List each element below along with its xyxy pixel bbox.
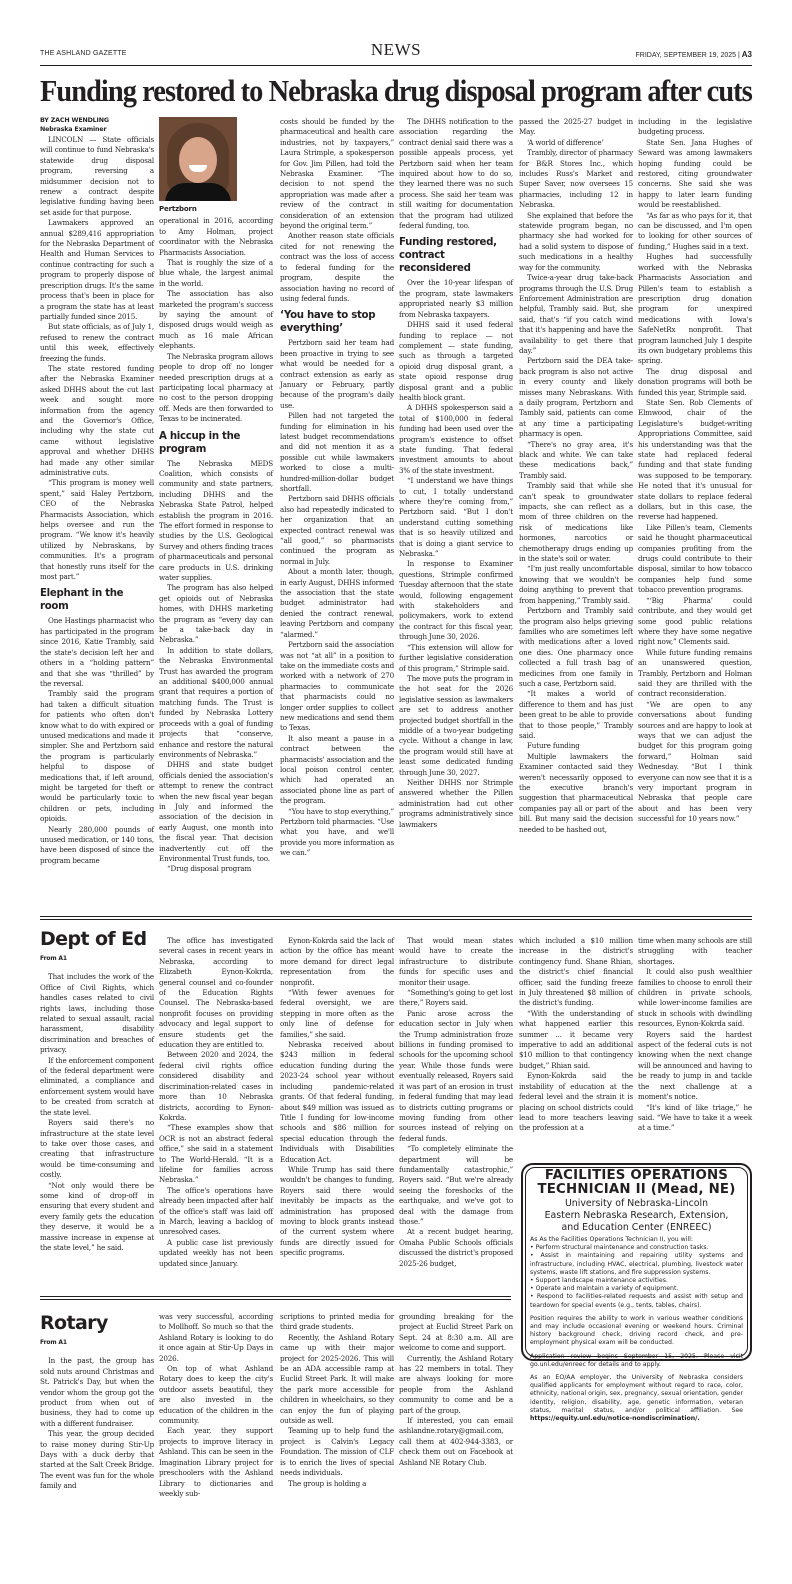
paragraph: The drug disposal and donation programs … <box>638 367 752 398</box>
paragraph: But state officials, as of July 1, refus… <box>40 322 154 364</box>
paragraph: “Something's going to get lost there,” R… <box>399 988 513 1009</box>
paragraph: scriptions to printed media for third gr… <box>280 1312 394 1333</box>
paragraph: That includes the work of the Office of … <box>40 972 154 1055</box>
inline-subhead: Future funding <box>519 741 633 751</box>
paragraph: Royers said there's no infrastructure at… <box>40 1118 154 1180</box>
paragraph: “It's kind of like triage,” he said. “We… <box>638 1103 752 1134</box>
paragraph: Recently, the Ashland Rotary came up wit… <box>280 1333 394 1427</box>
paragraph: Twice-a-year drug take-back programs thr… <box>519 273 633 356</box>
paragraph: Pertzborn said the DEA take-back program… <box>519 356 633 439</box>
paragraph: “As far as who pays for it, that can be … <box>638 211 752 253</box>
page-number: A3 <box>742 50 752 59</box>
paragraph: “There's no gray area, it's black and wh… <box>519 440 633 482</box>
paragraph: This year, the group decided to raise mo… <box>40 1429 154 1491</box>
paragraph: Trambly said the program had taken a dif… <box>40 689 154 824</box>
paragraph: grounding breaking for the project at Eu… <box>399 1312 513 1354</box>
paragraph: Nearly 280,000 pounds of unused medicati… <box>40 825 154 867</box>
paragraph: Neither DHHS nor Strimple answered wheth… <box>399 778 513 830</box>
rotary-column-1: Rotary From A1 In the past, the group ha… <box>40 1312 154 1492</box>
paragraph: “We are open to any conversations about … <box>638 700 752 825</box>
subhead-funding-restored: Funding restored, contract reconsidered <box>399 236 513 275</box>
paragraph: “These examples show that OCR is not an … <box>159 1123 273 1185</box>
paragraph: Royers said the hardest aspect of the fe… <box>638 1030 752 1103</box>
paragraph: Lawmakers approved an annual $289,416 ap… <box>40 218 154 322</box>
paragraph: Multiple lawmakers the Examiner contacte… <box>519 752 633 835</box>
paragraph: Currently, the Ashland Rotary has 22 mem… <box>399 1354 513 1416</box>
main-headline: Funding restored to Nebraska drug dispos… <box>40 74 702 109</box>
byline: BY ZACH WENDLING <box>40 117 154 125</box>
paragraph: “To completely eliminate the department … <box>399 1144 513 1227</box>
dept-of-ed-column-3: Eynon-Kokrda said the lack of action by … <box>280 936 394 1259</box>
paragraph: “‘Big Pharma’ could contribute, and they… <box>638 596 752 648</box>
issue-date: FRIDAY, SEPTEMBER 19, 2025 <box>636 52 737 59</box>
paragraph: including in the legislative budgeting p… <box>638 117 752 138</box>
byline-source: Nebraska Examiner <box>40 125 154 134</box>
paragraph: was very successful, according to Mollho… <box>159 1312 273 1364</box>
paragraph: Pertzborn said her team had been proacti… <box>280 338 394 411</box>
ad-bullet: • Assist in maintaining and repairing ut… <box>530 1252 743 1277</box>
paragraph: If the enforcement component of the fede… <box>40 1056 154 1118</box>
ad-bullet: • Respond to facilities-related requests… <box>530 1293 743 1309</box>
ad-eo-statement: As an EO/AA employer, the University of … <box>530 1374 743 1423</box>
paragraph: “It makes a world of difference to them … <box>519 689 633 741</box>
paragraph: Another reason state officials cited for… <box>280 231 394 304</box>
paragraph: In addition to state dollars, the Nebras… <box>159 646 273 760</box>
dept-of-ed-column-4: That would mean states would have to cre… <box>399 936 513 1269</box>
dept-of-ed-column-5: which included a $10 million increase in… <box>519 936 633 1134</box>
subhead-elephant: Elephant in the room <box>40 587 154 613</box>
dept-of-ed-column-6: time when many schools are still struggl… <box>638 936 752 1134</box>
paragraph: time when many schools are still struggl… <box>638 936 752 967</box>
main-story-column-3: costs should be funded by the pharmaceut… <box>280 117 394 859</box>
paragraph: Like Pillen's team, Clements said he tho… <box>638 523 752 596</box>
paragraph: A DHHS spokesperson said a total of $100… <box>399 403 513 476</box>
paragraph: At a recent budget hearing, Omaha Public… <box>399 1227 513 1269</box>
ad-org-line-1: University of Nebraska-Lincoln <box>530 1198 743 1210</box>
paragraph: State Sen. Rob Clements of Elmwood, chai… <box>638 398 752 523</box>
ad-body: As As the Facilities Operations Technici… <box>530 1236 743 1423</box>
ad-equity-link[interactable]: https://equity.unl.edu/notice-nondiscrim… <box>530 1415 700 1422</box>
ad-bullet: • Support landscape maintenance activiti… <box>530 1277 743 1285</box>
pertzborn-photo: Pertzborn <box>159 117 237 214</box>
paragraph: The Nebraska program allows people to dr… <box>159 352 273 425</box>
paragraph: That is roughly the size of a blue whale… <box>159 258 273 289</box>
dept-of-ed-column-2: The office has investigated several case… <box>159 936 273 1269</box>
paragraph: Over the 10-year lifespan of the program… <box>399 278 513 320</box>
main-story-column-6: including in the legislative budgeting p… <box>638 117 752 825</box>
paragraph: “You have to stop everything,” Pertzborn… <box>280 807 394 859</box>
paragraph: One Hastings pharmacist who has particip… <box>40 616 154 689</box>
paragraph: In response to Examiner questions, Strim… <box>399 559 513 642</box>
rotary-column-2: was very successful, according to Mollho… <box>159 1312 273 1499</box>
paragraph: That would mean states would have to cre… <box>399 936 513 988</box>
dept-of-ed-title: Dept of Ed <box>40 928 154 950</box>
inline-subhead: ‘A world of difference’ <box>519 138 633 148</box>
paragraph: LINCOLN — State officials will continue … <box>40 135 154 218</box>
paragraph: Pertzborn and Trambly said the program a… <box>519 606 633 689</box>
paragraph: costs should be funded by the pharmaceut… <box>280 117 394 231</box>
paragraph: which included a $10 million increase in… <box>519 936 633 1009</box>
job-advertisement: FACILITIES OPERATIONS TECHNICIAN II (Mea… <box>521 1163 752 1361</box>
paragraph: Trambly said that while she can't speak … <box>519 481 633 564</box>
ad-requirements: Position requires the ability to work in… <box>530 1315 743 1348</box>
paragraph: “With fewer avenues for federal oversigh… <box>280 988 394 1040</box>
rotary-column-4: grounding breaking for the project at Eu… <box>399 1312 513 1468</box>
paragraph: She explained that before the statewide … <box>519 211 633 273</box>
paragraph: The program has also helped get opioids … <box>159 583 273 645</box>
paragraph: The association has also marketed the pr… <box>159 289 273 351</box>
paragraph: “Drug disposal program <box>159 864 273 874</box>
paragraph: “Not only would there be some kind of dr… <box>40 1181 154 1254</box>
paragraph: Trambly, director of pharmacy for B&R St… <box>519 148 633 210</box>
dept-of-ed-column-1: Dept of Ed From A1 That includes the wor… <box>40 928 154 1253</box>
paragraph: Eynon-Kokrda said the lack of action by … <box>280 936 394 988</box>
jump-line: From A1 <box>40 1338 154 1348</box>
ad-title-line-1: FACILITIES OPERATIONS <box>530 1169 743 1183</box>
paragraph: On top of what Ashland Rotary does to ke… <box>159 1364 273 1426</box>
paragraph: It also meant a pause in a contract betw… <box>280 734 394 807</box>
paragraph: “This extension will allow for further l… <box>399 643 513 674</box>
photo-caption: Pertzborn <box>159 204 237 214</box>
paragraph: Teaming up to help fund the project is C… <box>280 1426 394 1478</box>
paragraph: The Nebraska MEDS Coalition, which consi… <box>159 459 273 584</box>
rotary-column-3: scriptions to printed media for third gr… <box>280 1312 394 1489</box>
paragraph: It could also push wealthier families to… <box>638 967 752 1029</box>
paragraph: Pertzborn said DHHS officials also had r… <box>280 494 394 567</box>
paragraph: Between 2020 and 2024, the federal civil… <box>159 1050 273 1123</box>
paragraph: The group is holding a <box>280 1479 394 1489</box>
main-story-column-1: BY ZACH WENDLING Nebraska Examiner LINCO… <box>40 117 154 866</box>
paragraph: While Trump has said there wouldn't be c… <box>280 1165 394 1259</box>
paragraph: The state restored funding after the Neb… <box>40 364 154 478</box>
main-story-column-4: The DHHS notification to the association… <box>399 117 513 830</box>
paragraph: In the past, the group has sold nuts aro… <box>40 1356 154 1429</box>
paragraph: Hughes had successfully worked with the … <box>638 252 752 366</box>
paragraph: Pertzborn said the association was not “… <box>280 640 394 734</box>
main-story-column-2: Pertzborn operational in 2016, according… <box>159 117 273 875</box>
rotary-title: Rotary <box>40 1312 154 1334</box>
paragraph: The DHHS notification to the association… <box>399 117 513 231</box>
ad-application: Application review begins September 15, … <box>530 1353 743 1369</box>
dateline: FRIDAY, SEPTEMBER 19, 2025 | A3 <box>636 50 752 59</box>
paragraph: A public case list previously updated we… <box>159 1238 273 1269</box>
paragraph: If interested, you can email ashlandne.r… <box>399 1416 513 1468</box>
paragraph: “I understand we have things to cut, I t… <box>399 476 513 559</box>
paragraph: About a month later, though, in early Au… <box>280 567 394 640</box>
ad-bullet: • Perform structural maintenance and con… <box>530 1244 743 1252</box>
paragraph: Pillen had not targeted the funding for … <box>280 411 394 494</box>
separator: | <box>738 52 740 59</box>
ad-org-line-3: and Education Center (ENREEC) <box>530 1222 743 1234</box>
ad-bullet: • Operate and maintain a variety of equi… <box>530 1285 743 1293</box>
ad-intro: As As the Facilities Operations Technici… <box>530 1236 743 1244</box>
ad-org-line-2: Eastern Nebraska Research, Extension, <box>530 1210 743 1222</box>
section-divider <box>40 1296 511 1300</box>
ad-title-line-2: TECHNICIAN II (Mead, NE) <box>530 1183 743 1197</box>
paragraph: The move puts the program in the hot sea… <box>399 674 513 778</box>
subhead-stop-everything: ‘You have to stop everything’ <box>280 309 394 335</box>
jump-line: From A1 <box>40 954 154 964</box>
paragraph: Nebraska received about $243 million in … <box>280 1040 394 1165</box>
paragraph: “I'm just really uncomfortable knowing t… <box>519 564 633 606</box>
paragraph: Eynon-Kokrda said the instability of edu… <box>519 1071 633 1133</box>
masthead: THE ASHLAND GAZETTE NEWS FRIDAY, SEPTEMB… <box>40 38 752 66</box>
subhead-hiccup: A hiccup in the program <box>159 430 273 456</box>
paragraph: Each year, they support projects to impr… <box>159 1426 273 1499</box>
paragraph: The office has investigated several case… <box>159 936 273 1050</box>
paragraph: DHHS and state budget officials denied t… <box>159 760 273 864</box>
paragraph: “With the understanding of what happened… <box>519 1009 633 1071</box>
paragraph: The office's operations have already bee… <box>159 1186 273 1238</box>
headshot-image <box>159 117 237 201</box>
paragraph: “This program is money well spent,” said… <box>40 478 154 582</box>
paragraph: DHHS said it used federal funding to rep… <box>399 320 513 403</box>
paragraph: State Sen. Jana Hughes of Seward was amo… <box>638 138 752 211</box>
paragraph: While future funding remains an unanswer… <box>638 648 752 700</box>
paragraph: passed the 2025-27 budget in May. <box>519 117 633 138</box>
paragraph: Panic arose across the education sector … <box>399 1009 513 1144</box>
section-divider <box>40 916 752 920</box>
main-story-column-5: passed the 2025-27 budget in May. ‘A wor… <box>519 117 633 835</box>
